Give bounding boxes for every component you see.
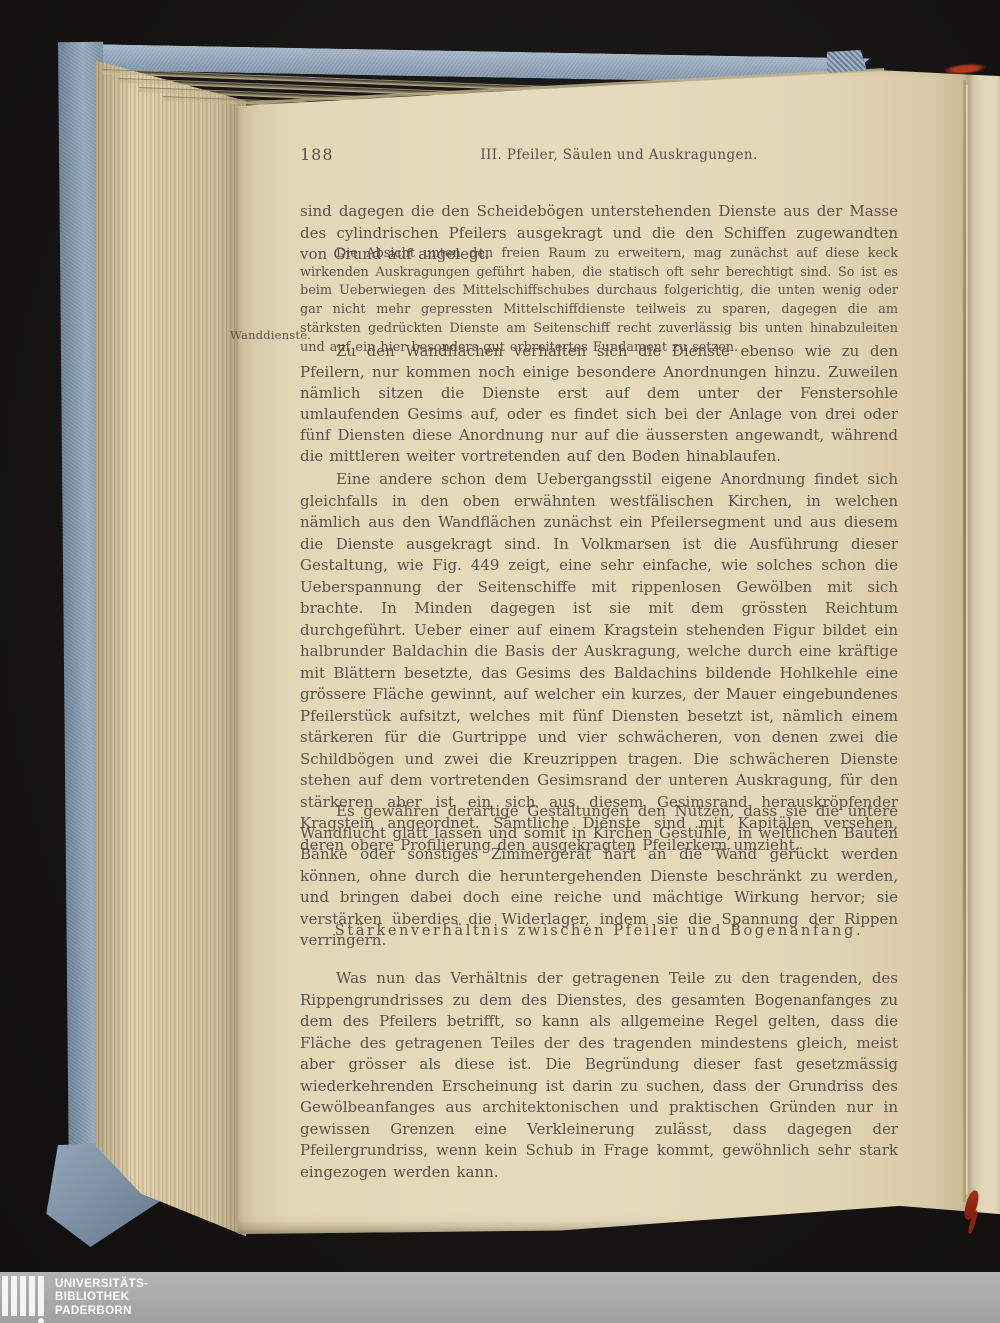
library-name-line3: PADERBORN xyxy=(55,1305,148,1318)
paragraph-staerkenverhaeltnis: Was nun das Verhältnis der getragenen Te… xyxy=(300,968,898,1183)
paragraph-uebergangsstil: Eine andere schon dem Uebergangsstil eig… xyxy=(300,469,898,856)
page-text-block: 188 III. Pfeiler, Säulen und Auskragunge… xyxy=(300,140,898,1150)
logo-bar xyxy=(20,1276,26,1316)
headband-blue-icon xyxy=(827,50,867,73)
library-logo-bars-icon xyxy=(2,1276,44,1316)
logo-bar xyxy=(29,1276,35,1316)
scanned-book-photo: 188 III. Pfeiler, Säulen und Auskragunge… xyxy=(0,0,1000,1323)
library-name: UNIVERSITÄTS- BIBLIOTHEK PADERBORN xyxy=(55,1278,148,1318)
section-heading: Stärkenverhältnis zwischen Pfeiler und B… xyxy=(300,923,898,939)
page-stack-edges xyxy=(96,56,246,1241)
library-name-line1: UNIVERSITÄTS- xyxy=(55,1278,148,1291)
margin-note: Wanddienste. xyxy=(230,328,298,342)
library-name-line2: BIBLIOTHEK xyxy=(55,1291,148,1304)
logo-bar xyxy=(2,1276,8,1316)
running-header: III. Pfeiler, Säulen und Auskragungen. xyxy=(340,147,898,163)
page-number: 188 xyxy=(300,145,334,164)
library-footer-band: UNIVERSITÄTS- BIBLIOTHEK PADERBORN xyxy=(0,1272,1000,1323)
logo-dot-icon xyxy=(38,1318,44,1323)
logo-bar xyxy=(38,1276,44,1316)
gutter-highlight xyxy=(966,85,968,1195)
logo-bar xyxy=(11,1276,17,1316)
paragraph-wanddienste: Zu den Wandflächen verhalten sich die Di… xyxy=(300,341,898,467)
